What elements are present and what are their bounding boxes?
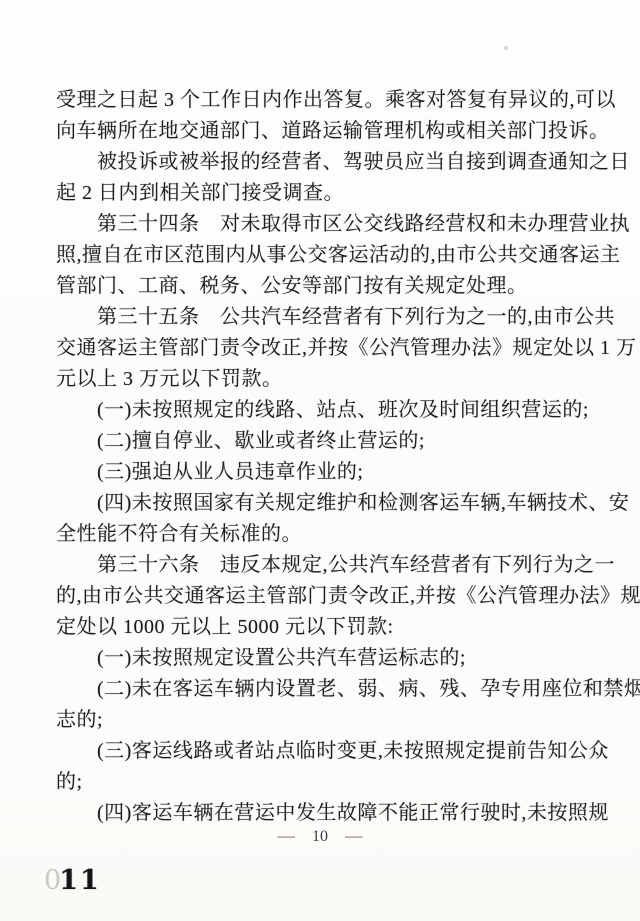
- document-line: 第三十五条 公共汽车经营者有下列行为之一的,由市公共: [56, 302, 602, 333]
- document-line: (一)未按照规定设置公共汽车营运标志的;: [56, 643, 602, 674]
- document-line: 照,擅自在市区范围内从事公交客运活动的,由市公共交通客运主: [56, 240, 602, 271]
- document-line: 交通客运主管部门责令改正,并按《公汽管理办法》规定处以 1 万: [56, 333, 602, 364]
- document-line: 的,由市公共交通客运主管部门责令改正,并按《公汽管理办法》规: [56, 581, 602, 612]
- document-line: 第三十四条 对未取得市区公交线路经营权和未办理营业执: [56, 209, 602, 240]
- document-line: (二)擅自停业、歇业或者终止营运的;: [56, 426, 602, 457]
- document-line: 志的;: [56, 705, 602, 736]
- corner-stamp: 011: [44, 863, 101, 899]
- document-line: 定处以 1000 元以上 5000 元以下罚款:: [56, 612, 602, 643]
- document-line: (二)未在客运车辆内设置老、弱、病、残、孕专用座位和禁烟标: [56, 674, 602, 705]
- document-line: 向车辆所在地交通部门、道路运输管理机构或相关部门投诉。: [56, 116, 602, 147]
- footer-dash-right: —: [345, 826, 362, 845]
- footer-page-number: 10: [312, 828, 328, 845]
- document-line: (一)未按照规定的线路、站点、班次及时间组织营运的;: [56, 395, 602, 426]
- page-number-footer: — 10 —: [0, 824, 640, 848]
- document-line: 受理之日起 3 个工作日内作出答复。乘客对答复有异议的,可以: [56, 85, 602, 116]
- document-body: 受理之日起 3 个工作日内作出答复。乘客对答复有异议的,可以向车辆所在地交通部门…: [56, 85, 602, 829]
- document-line: (三)强迫从业人员违章作业的;: [56, 457, 602, 488]
- stamp-number: 11: [59, 865, 101, 896]
- document-page: 受理之日起 3 个工作日内作出答复。乘客对答复有异议的,可以向车辆所在地交通部门…: [0, 0, 640, 921]
- footer-dash-left: —: [278, 826, 295, 845]
- document-line: 元以上 3 万元以下罚款。: [56, 364, 602, 395]
- scan-artifact-speck: [504, 46, 508, 50]
- document-line: 被投诉或被举报的经营者、驾驶员应当自接到调查通知之日: [56, 147, 602, 178]
- document-line: (四)未按照国家有关规定维护和检测客运车辆,车辆技术、安: [56, 488, 602, 519]
- document-line: (三)客运线路或者站点临时变更,未按照规定提前告知公众: [56, 736, 602, 767]
- document-line: 第三十六条 违反本规定,公共汽车经营者有下列行为之一: [56, 550, 602, 581]
- document-line: 的;: [56, 767, 602, 798]
- document-line: 全性能不符合有关标准的。: [56, 519, 602, 550]
- document-line: 起 2 日内到相关部门接受调查。: [56, 178, 602, 209]
- document-line: 管部门、工商、税务、公安等部门按有关规定处理。: [56, 271, 602, 302]
